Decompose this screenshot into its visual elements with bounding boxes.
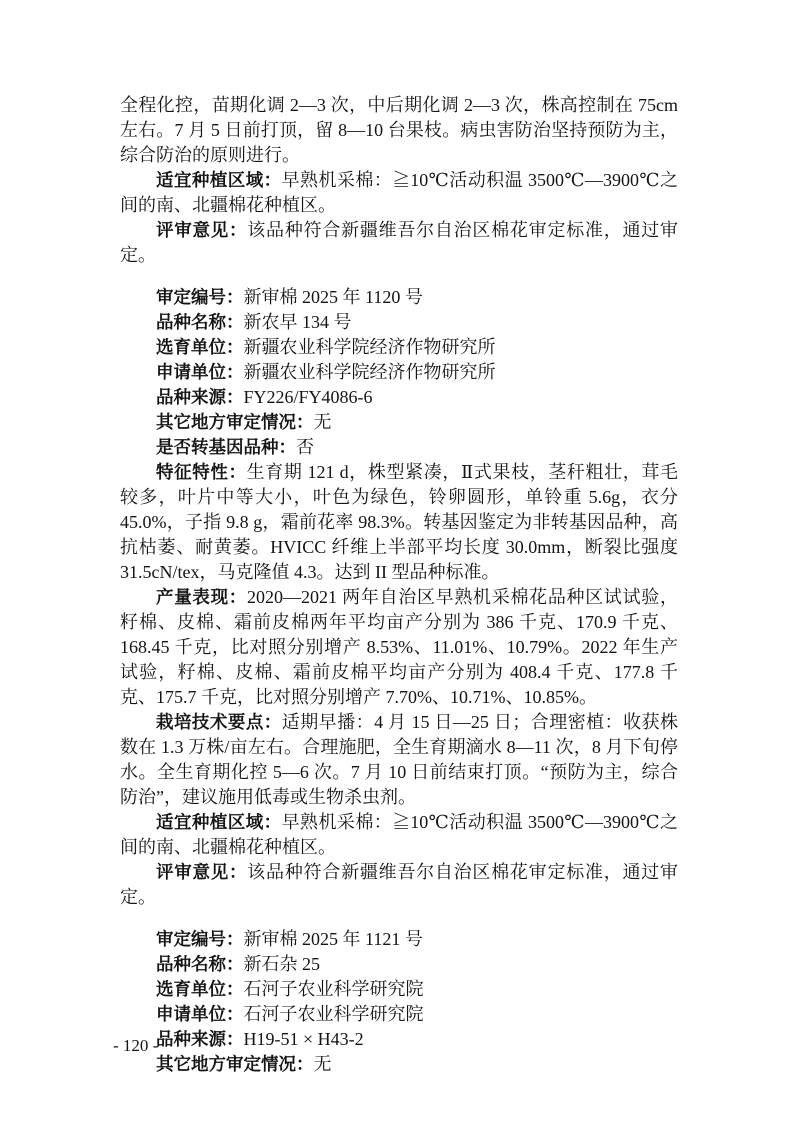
field-row-variety-name: 品种名称：新石杂 25 [120,952,678,977]
field-row-breeding-unit: 选育单位：新疆农业科学院经济作物研究所 [120,335,678,360]
field-value: H19-51 × H43-2 [244,1029,364,1049]
field-row-variety-source: 品种来源：H19-51 × H43-2 [120,1027,678,1052]
field-row-breeding-unit: 选育单位：石河子农业科学研究院 [120,977,678,1002]
field-value: FY226/FY4086-6 [244,387,373,407]
region-label: 适宜种植区域： [156,812,282,832]
continuation-paragraph: 全程化控，苗期化调 2—3 次，中后期化调 2—3 次，株高控制在 75cm 左… [120,93,678,168]
paragraph-review: 评审意见：该品种符合新疆维吾尔自治区棉花审定标准，通过审定。 [120,860,678,910]
field-value: 石河子农业科学研究院 [244,1004,424,1024]
field-row-applicant-unit: 申请单位：新疆农业科学院经济作物研究所 [120,360,678,385]
field-value: 新审棉 2025 年 1120 号 [244,287,423,307]
field-row-other-approval: 其它地方审定情况：无 [120,410,678,435]
traits-label: 特征特性： [156,462,247,482]
field-value: 新疆农业科学院经济作物研究所 [244,337,496,357]
paragraph-traits: 特征特性：生育期 121 d，株型紧凑，Ⅱ式果枝，茎秆粗壮，茸毛较多，叶片中等大… [120,460,678,585]
field-value: 新疆农业科学院经济作物研究所 [244,362,496,382]
field-row-variety-name: 品种名称：新农早 134 号 [120,310,678,335]
field-row-transgenic: 是否转基因品种：否 [120,435,678,460]
field-value: 新石杂 25 [244,954,321,974]
field-label: 品种名称： [156,312,244,332]
field-label: 其它地方审定情况： [156,412,314,432]
paragraph-yield: 产量表现：2020—2021 两年自治区早熟机采棉花品种区试试验，籽棉、皮棉、霜… [120,585,678,710]
region-label: 适宜种植区域： [156,170,282,190]
field-value: 石河子农业科学研究院 [244,979,424,999]
field-value: 无 [314,412,332,432]
field-row-applicant-unit: 申请单位：石河子农业科学研究院 [120,1002,678,1027]
field-value: 新审棉 2025 年 1121 号 [244,929,423,949]
document-page: 全程化控，苗期化调 2—3 次，中后期化调 2—3 次，株高控制在 75cm 左… [0,0,793,1122]
section-spacer [120,910,678,927]
paragraph-region-continuation: 适宜种植区域：早熟机采棉：≧10℃活动积温 3500℃—3900℃之间的南、北疆… [120,168,678,218]
field-label: 选育单位： [156,337,244,357]
page-number: - 120 - [113,1035,158,1057]
paragraph-cultivation: 栽培技术要点：适期早播：4 月 15 日—25 日；合理密植：收获株数在 1.3… [120,710,678,810]
paragraph-region: 适宜种植区域：早熟机采棉：≧10℃活动积温 3500℃—3900℃之间的南、北疆… [120,810,678,860]
review-label: 评审意见： [156,220,247,240]
field-value: 否 [296,437,314,457]
field-label: 申请单位： [156,362,244,382]
field-row-approval-number: 审定编号：新审棉 2025 年 1121 号 [120,927,678,952]
section-spacer [120,268,678,285]
review-label: 评审意见： [156,862,247,882]
field-label: 审定编号： [156,929,244,949]
field-label: 是否转基因品种： [156,437,296,457]
field-value: 无 [314,1054,332,1074]
field-label: 品种名称： [156,954,244,974]
field-label: 审定编号： [156,287,244,307]
field-label: 品种来源： [156,387,244,407]
page-content: 全程化控，苗期化调 2—3 次，中后期化调 2—3 次，株高控制在 75cm 左… [120,93,678,1077]
field-label: 选育单位： [156,979,244,999]
field-label: 品种来源： [156,1029,244,1049]
field-row-approval-number: 审定编号：新审棉 2025 年 1120 号 [120,285,678,310]
cultivation-label: 栽培技术要点： [156,712,282,732]
field-label: 其它地方审定情况： [156,1054,314,1074]
field-label: 申请单位： [156,1004,244,1024]
yield-label: 产量表现： [156,587,247,607]
field-value: 新农早 134 号 [244,312,352,332]
paragraph-review-continuation: 评审意见：该品种符合新疆维吾尔自治区棉花审定标准，通过审定。 [120,218,678,268]
field-row-variety-source: 品种来源：FY226/FY4086-6 [120,385,678,410]
field-row-other-approval: 其它地方审定情况：无 [120,1052,678,1077]
